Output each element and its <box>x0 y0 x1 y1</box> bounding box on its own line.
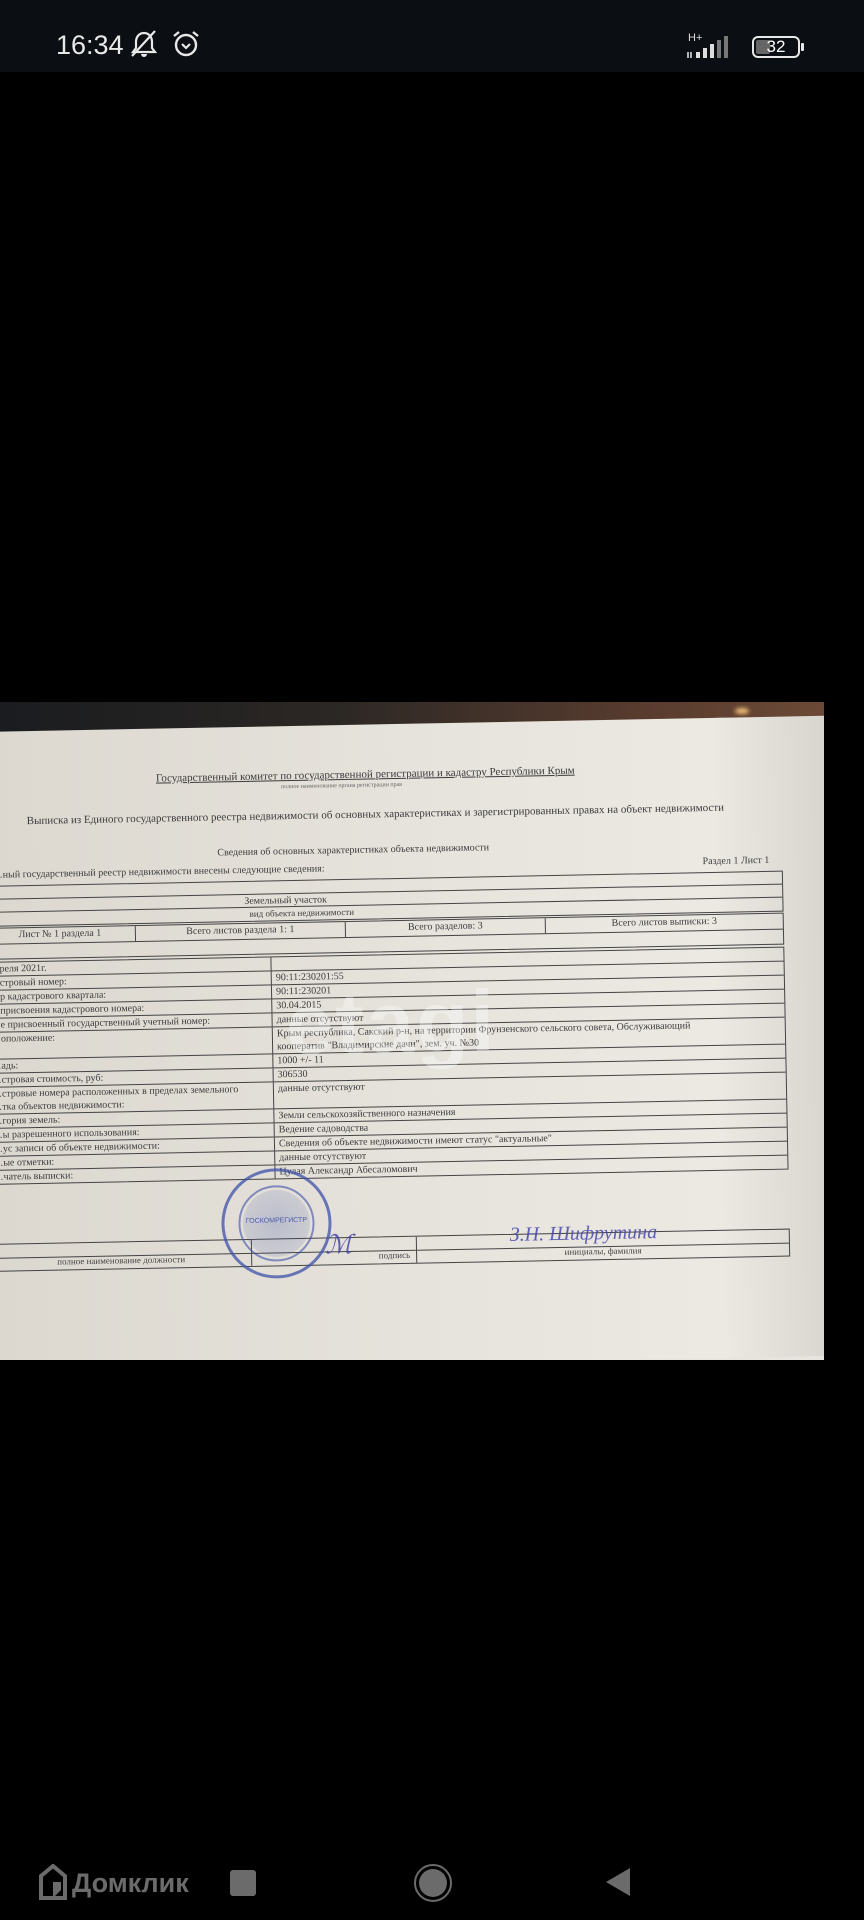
doc-title: Выписка из Единого государственного реес… <box>27 802 725 827</box>
row-label: …оположение: <box>0 1027 272 1058</box>
brand-name: Домклик <box>72 1868 189 1899</box>
doc-authority-caption: полное наименование органа регистрации п… <box>281 782 402 790</box>
navigation-bar: Домклик <box>0 1812 864 1920</box>
doc-sheet-ref: Раздел 1 Лист 1 <box>703 855 770 867</box>
status-time: 16:34 <box>56 30 124 61</box>
battery-icon: 32 <box>752 36 800 58</box>
status-bar: 16:34 H+ 32 <box>0 0 864 72</box>
bell-off-icon <box>128 28 160 65</box>
recent-apps-button[interactable] <box>230 1870 256 1896</box>
row-label: …стровые номера расположенных в пределах… <box>0 1082 273 1113</box>
back-button[interactable] <box>606 1868 630 1896</box>
home-button[interactable] <box>414 1864 452 1902</box>
image-viewer[interactable]: Государственный комитет по государственн… <box>0 72 864 1812</box>
position-caption: полное наименование должности <box>0 1252 251 1270</box>
doc-intro: …ный государственный реестр недвижимости… <box>0 863 325 880</box>
document-paper: Государственный комитет по государственн… <box>0 715 824 1360</box>
signature-scribble: ℳ <box>325 1230 353 1261</box>
name-signature: З.Н. Шифрутина <box>510 1221 658 1247</box>
document-photo[interactable]: Государственный комитет по государственн… <box>0 702 824 1360</box>
domclick-logo-icon <box>38 1864 68 1902</box>
signature-table: полное наименование должности подпись ин… <box>0 1229 790 1272</box>
brand-watermark: Домклик <box>38 1864 189 1902</box>
watermark: etagi <box>285 972 498 1075</box>
battery-level: 32 <box>754 38 798 56</box>
sheet-number: Лист № 1 раздела 1 <box>0 926 135 944</box>
signal-icon <box>686 34 738 60</box>
doc-section-title: Сведения об основных характеристиках объ… <box>217 842 489 858</box>
alarm-icon <box>170 28 202 65</box>
